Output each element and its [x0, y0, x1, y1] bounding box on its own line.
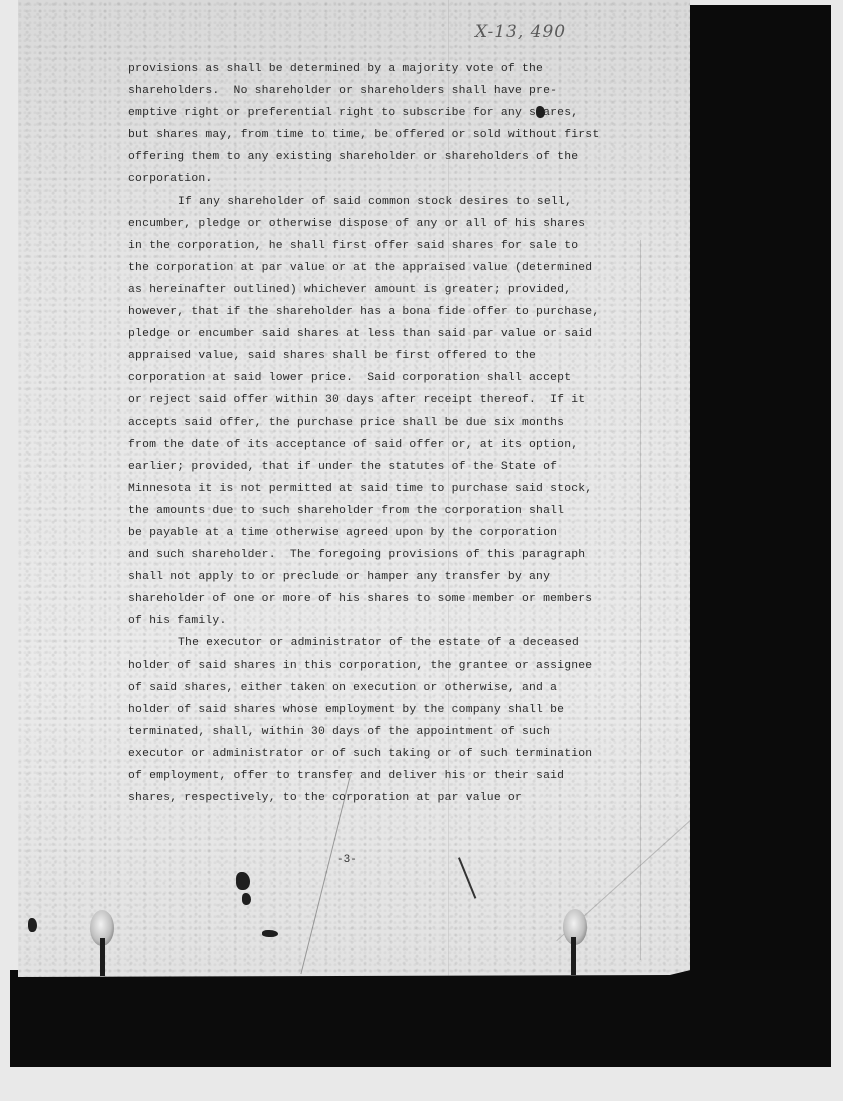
binder-clip-right-stem	[571, 937, 576, 975]
ink-smudge	[236, 872, 250, 890]
text-line: the amounts due to such shareholder from…	[128, 500, 688, 522]
text-line: of employment, offer to transfer and del…	[128, 765, 688, 787]
text-line: holder of said shares whose employment b…	[128, 699, 688, 721]
text-line: shall not apply to or preclude or hamper…	[128, 566, 688, 588]
text-line: The executor or administrator of the est…	[128, 632, 688, 654]
text-line: of his family.	[128, 610, 688, 632]
text-line: earlier; provided, that if under the sta…	[128, 456, 688, 478]
text-line: terminated, shall, within 30 days of the…	[128, 721, 688, 743]
binder-clip-left-stem	[100, 938, 105, 976]
text-line: or reject said offer within 30 days afte…	[128, 389, 688, 411]
text-line: executor or administrator or of such tak…	[128, 743, 688, 765]
text-line: If any shareholder of said common stock …	[128, 191, 688, 213]
text-line: shareholders. No shareholder or sharehol…	[128, 80, 688, 102]
pencil-mark	[458, 857, 476, 899]
page-number: -3-	[337, 854, 357, 866]
text-line: and such shareholder. The foregoing prov…	[128, 544, 688, 566]
scanner-background-bottom	[10, 970, 831, 1067]
text-line: however, that if the shareholder has a b…	[128, 301, 688, 323]
text-line: corporation.	[128, 168, 688, 190]
text-line: offering them to any existing shareholde…	[128, 146, 688, 168]
text-line: shares, respectively, to the corporation…	[128, 787, 688, 809]
text-line: Minnesota it is not permitted at said ti…	[128, 478, 688, 500]
ink-smudge	[262, 930, 278, 937]
text-line: but shares may, from time to time, be of…	[128, 124, 688, 146]
text-line: pledge or encumber said shares at less t…	[128, 323, 688, 345]
document-body: provisions as shall be determined by a m…	[128, 58, 688, 809]
text-line: the corporation at par value or at the a…	[128, 257, 688, 279]
text-line: shareholder of one or more of his shares…	[128, 588, 688, 610]
text-line: holder of said shares in this corporatio…	[128, 655, 688, 677]
ink-smudge	[28, 918, 37, 932]
ink-smudge	[242, 893, 251, 905]
text-line: corporation at said lower price. Said co…	[128, 367, 688, 389]
text-line: provisions as shall be determined by a m…	[128, 58, 688, 80]
text-line: appraised value, said shares shall be fi…	[128, 345, 688, 367]
text-line: be payable at a time otherwise agreed up…	[128, 522, 688, 544]
text-line: accepts said offer, the purchase price s…	[128, 412, 688, 434]
text-line: encumber, pledge or otherwise dispose of…	[128, 213, 688, 235]
text-line: emptive right or preferential right to s…	[128, 102, 688, 124]
handwritten-annotation: X-13, 490	[475, 22, 566, 42]
text-line: as hereinafter outlined) whichever amoun…	[128, 279, 688, 301]
text-line: in the corporation, he shall first offer…	[128, 235, 688, 257]
text-line: of said shares, either taken on executio…	[128, 677, 688, 699]
ink-smudge	[536, 106, 545, 118]
text-line: from the date of its acceptance of said …	[128, 434, 688, 456]
